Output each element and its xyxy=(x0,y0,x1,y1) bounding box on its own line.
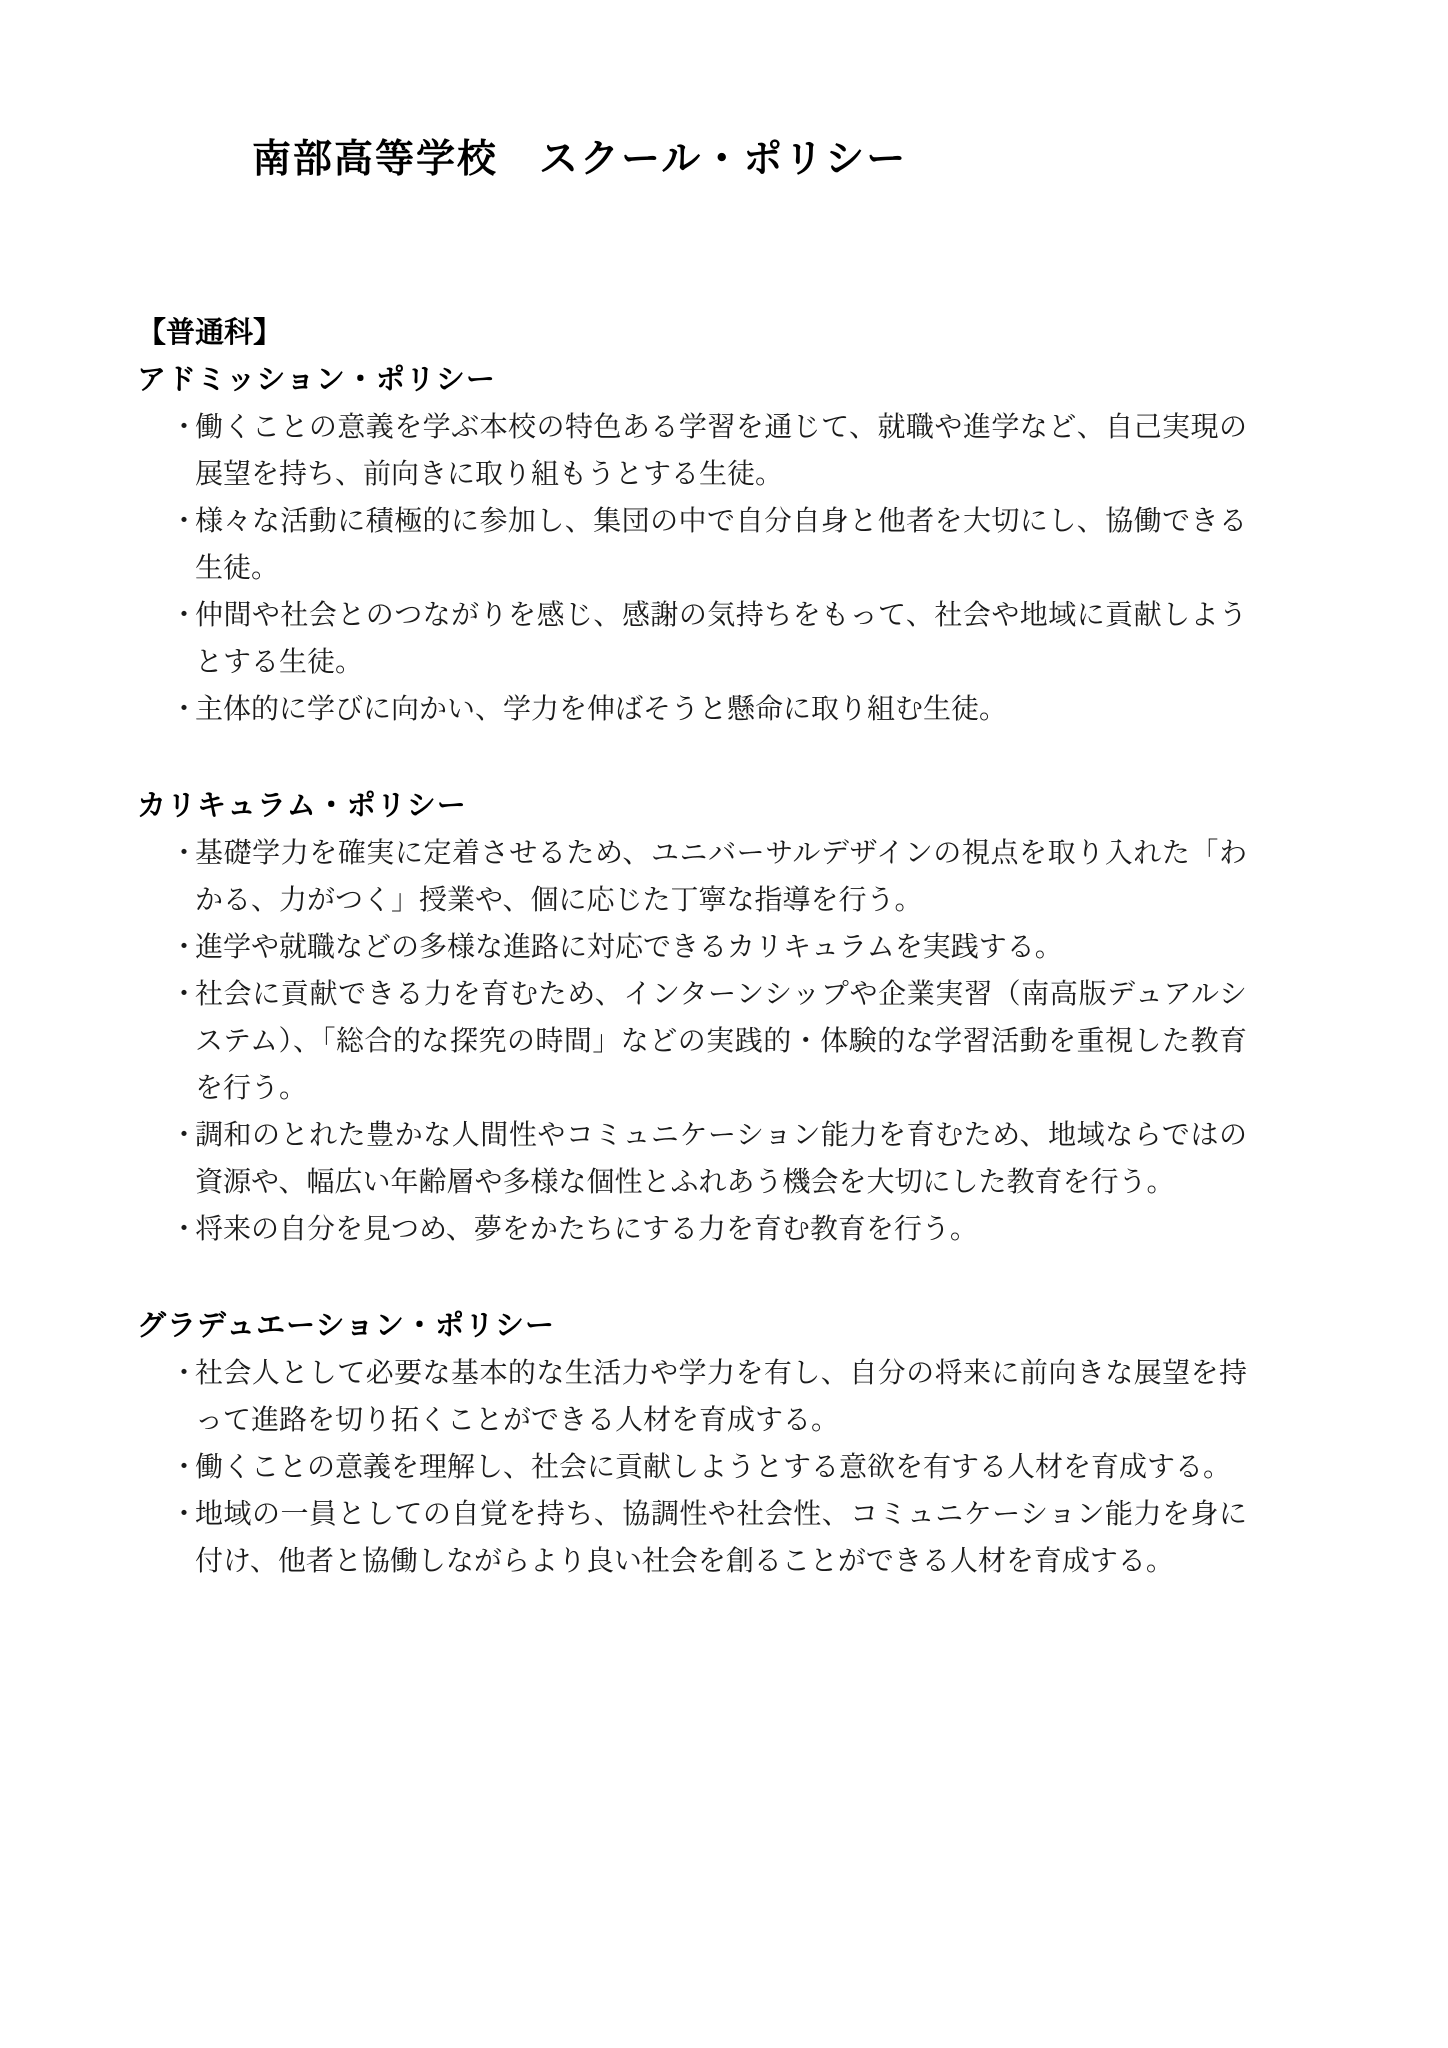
bullet-marker: ・ xyxy=(170,592,195,686)
section-heading-curriculum: カリキュラム・ポリシー xyxy=(137,783,1247,830)
policy-bullet: ・ 様々な活動に積極的に参加し、集団の中で自分自身と他者を大切にし、協働できる生… xyxy=(137,498,1247,592)
bullet-marker: ・ xyxy=(170,498,195,592)
bullet-marker: ・ xyxy=(170,1112,195,1206)
bullet-text: 社会に貢献できる力を育むため、インターンシップや企業実習（南高版デュアルシステム… xyxy=(195,971,1247,1112)
policy-bullet: ・ 将来の自分を見つめ、夢をかたちにする力を育む教育を行う。 xyxy=(137,1206,1247,1253)
policy-bullet: ・ 社会に貢献できる力を育むため、インターンシップや企業実習（南高版デュアルシス… xyxy=(137,971,1247,1112)
bullet-text: 働くことの意義を学ぶ本校の特色ある学習を通じて、就職や進学など、自己実現の展望を… xyxy=(195,404,1247,498)
bullet-marker: ・ xyxy=(170,1444,195,1491)
department-label: 【普通科】 xyxy=(137,310,1247,357)
bullet-marker: ・ xyxy=(170,971,195,1112)
bullet-marker: ・ xyxy=(170,1491,195,1585)
bullet-marker: ・ xyxy=(170,1206,195,1253)
policy-bullet: ・ 仲間や社会とのつながりを感じ、感謝の気持ちをもって、社会や地域に貢献しようと… xyxy=(137,592,1247,686)
section-graduation-policy: グラデュエーション・ポリシー ・ 社会人として必要な基本的な生活力や学力を有し、… xyxy=(137,1303,1247,1585)
policy-bullet: ・ 基礎学力を確実に定着させるため、ユニバーサルデザインの視点を取り入れた「わか… xyxy=(137,830,1247,924)
bullet-marker: ・ xyxy=(170,924,195,971)
policy-bullet: ・ 社会人として必要な基本的な生活力や学力を有し、自分の将来に前向きな展望を持っ… xyxy=(137,1350,1247,1444)
bullet-text: 社会人として必要な基本的な生活力や学力を有し、自分の将来に前向きな展望を持って進… xyxy=(195,1350,1247,1444)
bullet-marker: ・ xyxy=(170,830,195,924)
document-title: 南部高等学校 スクール・ポリシー xyxy=(0,0,1448,188)
bullet-text: 仲間や社会とのつながりを感じ、感謝の気持ちをもって、社会や地域に貢献しようとする… xyxy=(195,592,1247,686)
section-admission-policy: アドミッション・ポリシー ・ 働くことの意義を学ぶ本校の特色ある学習を通じて、就… xyxy=(137,357,1247,733)
bullet-text: 地域の一員としての自覚を持ち、協調性や社会性、コミュニケーション能力を身に付け、… xyxy=(195,1491,1247,1585)
bullet-text: 将来の自分を見つめ、夢をかたちにする力を育む教育を行う。 xyxy=(195,1206,1247,1253)
policy-bullet: ・ 地域の一員としての自覚を持ち、協調性や社会性、コミュニケーション能力を身に付… xyxy=(137,1491,1247,1585)
policy-bullet: ・ 働くことの意義を理解し、社会に貢献しようとする意欲を有する人材を育成する。 xyxy=(137,1444,1247,1491)
section-curriculum-policy: カリキュラム・ポリシー ・ 基礎学力を確実に定着させるため、ユニバーサルデザイン… xyxy=(137,783,1247,1253)
document-page: 南部高等学校 スクール・ポリシー 【普通科】 アドミッション・ポリシー ・ 働く… xyxy=(0,0,1448,2048)
bullet-text: 主体的に学びに向かい、学力を伸ばそうと懸命に取り組む生徒。 xyxy=(195,686,1247,733)
section-heading-admission: アドミッション・ポリシー xyxy=(137,357,1247,404)
bullet-text: 進学や就職などの多様な進路に対応できるカリキュラムを実践する。 xyxy=(195,924,1247,971)
bullet-marker: ・ xyxy=(170,1350,195,1444)
policy-bullet: ・ 進学や就職などの多様な進路に対応できるカリキュラムを実践する。 xyxy=(137,924,1247,971)
bullet-marker: ・ xyxy=(170,686,195,733)
policy-bullet: ・ 調和のとれた豊かな人間性やコミュニケーション能力を育むため、地域ならではの資… xyxy=(137,1112,1247,1206)
bullet-text: 様々な活動に積極的に参加し、集団の中で自分自身と他者を大切にし、協働できる生徒。 xyxy=(195,498,1247,592)
policy-bullet: ・ 主体的に学びに向かい、学力を伸ばそうと懸命に取り組む生徒。 xyxy=(137,686,1247,733)
policy-bullet: ・ 働くことの意義を学ぶ本校の特色ある学習を通じて、就職や進学など、自己実現の展… xyxy=(137,404,1247,498)
bullet-text: 働くことの意義を理解し、社会に貢献しようとする意欲を有する人材を育成する。 xyxy=(195,1444,1247,1491)
bullet-text: 基礎学力を確実に定着させるため、ユニバーサルデザインの視点を取り入れた「わかる、… xyxy=(195,830,1247,924)
bullet-text: 調和のとれた豊かな人間性やコミュニケーション能力を育むため、地域ならではの資源や… xyxy=(195,1112,1247,1206)
bullet-marker: ・ xyxy=(170,404,195,498)
document-body: 【普通科】 アドミッション・ポリシー ・ 働くことの意義を学ぶ本校の特色ある学習… xyxy=(137,310,1247,1585)
section-heading-graduation: グラデュエーション・ポリシー xyxy=(137,1303,1247,1350)
